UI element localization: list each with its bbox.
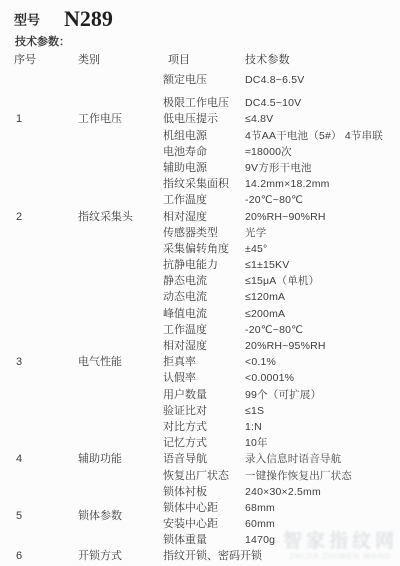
item-value: 68mm bbox=[245, 500, 275, 516]
item-value: 光学 bbox=[245, 225, 266, 241]
spec-sheet-page: 型号N289 技术参数： 序号 类别 项目 技术参数 额定电压DC4.8~6.5… bbox=[0, 0, 400, 566]
spec-row: 安装中心距60mm bbox=[0, 516, 400, 532]
item-label: 记忆方式 bbox=[163, 435, 207, 451]
spec-row: 1工作电压低电压提示≤4.8V bbox=[0, 111, 400, 127]
spec-row: 恢复出厂状态一键操作恢复出厂状态 bbox=[0, 468, 400, 484]
column-header-no: 序号 bbox=[14, 52, 36, 68]
item-value: ≤200mA bbox=[245, 306, 285, 322]
item-value: 99个（可扩展） bbox=[245, 387, 321, 403]
item-label: 锁体重量 bbox=[163, 532, 207, 548]
spec-row: 电池寿命≈18000次 bbox=[0, 144, 400, 160]
spec-row: 工作温度-20℃~80℃ bbox=[0, 192, 400, 208]
item-label: 相对湿度 bbox=[163, 209, 207, 225]
item-label: 用户数量 bbox=[163, 387, 207, 403]
item-label: 验证比对 bbox=[163, 403, 207, 419]
spec-row: 锁体重量1470g bbox=[0, 532, 400, 548]
category-label: 开锁方式 bbox=[78, 548, 122, 564]
spec-row: 锁体衬板240×30×2.5mm bbox=[0, 484, 400, 500]
spec-row: 对比方式1:N bbox=[0, 419, 400, 435]
item-label: 恢复出厂状态 bbox=[163, 468, 229, 484]
item-label: 认假率 bbox=[163, 370, 196, 386]
item-value: 1470g bbox=[245, 532, 275, 548]
model-label: 型号 bbox=[14, 13, 40, 28]
item-label: 相对湿度 bbox=[163, 338, 207, 354]
item-label: 极限工作电压 bbox=[163, 95, 229, 111]
spec-row: 采集偏转角度±45° bbox=[0, 241, 400, 257]
category-label: 辅助功能 bbox=[78, 451, 122, 467]
spec-row: 传感器类型光学 bbox=[0, 225, 400, 241]
item-value: 4节AA干电池（5#） 4节串联 bbox=[245, 128, 383, 144]
category-label: 电气性能 bbox=[78, 354, 122, 370]
section-label: 技术参数： bbox=[15, 33, 70, 49]
item-value: -20℃~80℃ bbox=[245, 192, 303, 208]
item-value: 14.2mm×18.2mm bbox=[245, 176, 330, 192]
spec-row: 认假率<0.0001% bbox=[0, 370, 400, 386]
item-label: 动态电流 bbox=[163, 289, 207, 305]
row-number: 3 bbox=[16, 354, 22, 370]
item-value: 20%RH~95%RH bbox=[245, 338, 326, 354]
item-value: 10年 bbox=[245, 435, 268, 451]
column-header-item: 项目 bbox=[168, 52, 190, 68]
spec-row: 额定电压DC4.8~6.5V bbox=[0, 72, 400, 88]
spec-row: 动态电流≤120mA bbox=[0, 289, 400, 305]
spec-row: 3电气性能拒真率<0.1% bbox=[0, 354, 400, 370]
spec-row: 5锁体参数锁体中心距68mm bbox=[0, 500, 400, 516]
spec-row: 6开锁方式指纹开锁、密码开锁 bbox=[0, 548, 400, 564]
spec-row: 2指纹采集头相对湿度20%RH~90%RH bbox=[0, 209, 400, 225]
spec-row: 峰值电流≤200mA bbox=[0, 306, 400, 322]
item-value: 一键操作恢复出厂状态 bbox=[245, 468, 352, 484]
spec-row: 4辅助功能语音导航录入信息时语音导航 bbox=[0, 451, 400, 467]
spec-row: 抗静电能力≤1±15KV bbox=[0, 257, 400, 273]
item-label: 锁体衬板 bbox=[163, 484, 207, 500]
item-label: 对比方式 bbox=[163, 419, 207, 435]
item-label: 峰值电流 bbox=[163, 306, 207, 322]
item-value: ≤120mA bbox=[245, 289, 285, 305]
row-number: 4 bbox=[16, 451, 22, 467]
item-label: 工作温度 bbox=[163, 322, 207, 338]
spec-row: 极限工作电压DC4.5~10V bbox=[0, 95, 400, 111]
spec-row: 指纹采集面积14.2mm×18.2mm bbox=[0, 176, 400, 192]
item-label: 安装中心距 bbox=[163, 516, 218, 532]
item-value: ≤15μA（单机） bbox=[245, 273, 319, 289]
row-number: 6 bbox=[16, 548, 22, 564]
item-label: 锁体中心距 bbox=[163, 500, 218, 516]
row-number: 1 bbox=[16, 111, 22, 127]
item-value: 9V方形干电池 bbox=[245, 160, 312, 176]
item-value: 录入信息时语音导航 bbox=[245, 451, 341, 467]
item-value: 60mm bbox=[245, 516, 275, 532]
column-header-value: 技术参数 bbox=[245, 52, 290, 68]
item-value: -20℃~80℃ bbox=[245, 322, 303, 338]
column-header-category: 类别 bbox=[78, 52, 100, 68]
spec-row: 用户数量99个（可扩展） bbox=[0, 387, 400, 403]
item-value: 240×30×2.5mm bbox=[245, 484, 321, 500]
item-value: <0.1% bbox=[245, 354, 276, 370]
item-label: 传感器类型 bbox=[163, 225, 218, 241]
item-label: 静态电流 bbox=[163, 273, 207, 289]
item-value: DC4.5~10V bbox=[245, 95, 301, 111]
spec-rows: 额定电压DC4.8~6.5V极限工作电压DC4.5~10V1工作电压低电压提示≤… bbox=[0, 72, 400, 565]
spec-row: 静态电流≤15μA（单机） bbox=[0, 273, 400, 289]
spec-row: 记忆方式10年 bbox=[0, 435, 400, 451]
model-number: N289 bbox=[64, 6, 113, 31]
category-label: 指纹采集头 bbox=[78, 209, 133, 225]
model-row: 型号N289 bbox=[14, 6, 113, 32]
item-value: ≤1±15KV bbox=[245, 257, 289, 273]
item-value: ±45° bbox=[245, 241, 267, 257]
item-label: 指纹开锁、密码开锁 bbox=[163, 548, 262, 564]
item-label: 工作温度 bbox=[163, 192, 207, 208]
item-label: 指纹采集面积 bbox=[163, 176, 229, 192]
item-value: ≈18000次 bbox=[245, 144, 292, 160]
item-label: 语音导航 bbox=[163, 451, 207, 467]
row-number: 2 bbox=[16, 209, 22, 225]
item-label: 机组电源 bbox=[163, 128, 207, 144]
item-label: 低电压提示 bbox=[163, 111, 218, 127]
item-label: 拒真率 bbox=[163, 354, 196, 370]
item-label: 抗静电能力 bbox=[163, 257, 218, 273]
item-value: ≤1S bbox=[245, 403, 264, 419]
spec-row: 相对湿度20%RH~95%RH bbox=[0, 338, 400, 354]
item-label: 采集偏转角度 bbox=[163, 241, 229, 257]
item-value: DC4.8~6.5V bbox=[245, 72, 305, 88]
category-label: 工作电压 bbox=[78, 111, 122, 127]
item-label: 电池寿命 bbox=[163, 144, 207, 160]
item-value: <0.0001% bbox=[245, 370, 294, 386]
spec-row: 辅助电源9V方形干电池 bbox=[0, 160, 400, 176]
item-value: ≤4.8V bbox=[245, 111, 273, 127]
item-label: 额定电压 bbox=[163, 72, 207, 88]
item-label: 辅助电源 bbox=[163, 160, 207, 176]
item-value: 20%RH~90%RH bbox=[245, 209, 326, 225]
spec-row: 机组电源4节AA干电池（5#） 4节串联 bbox=[0, 128, 400, 144]
table-column-header: 序号 类别 项目 技术参数 bbox=[0, 52, 400, 68]
item-value: 1:N bbox=[245, 419, 262, 435]
spec-row: 验证比对≤1S bbox=[0, 403, 400, 419]
spec-row: 工作温度-20℃~80℃ bbox=[0, 322, 400, 338]
